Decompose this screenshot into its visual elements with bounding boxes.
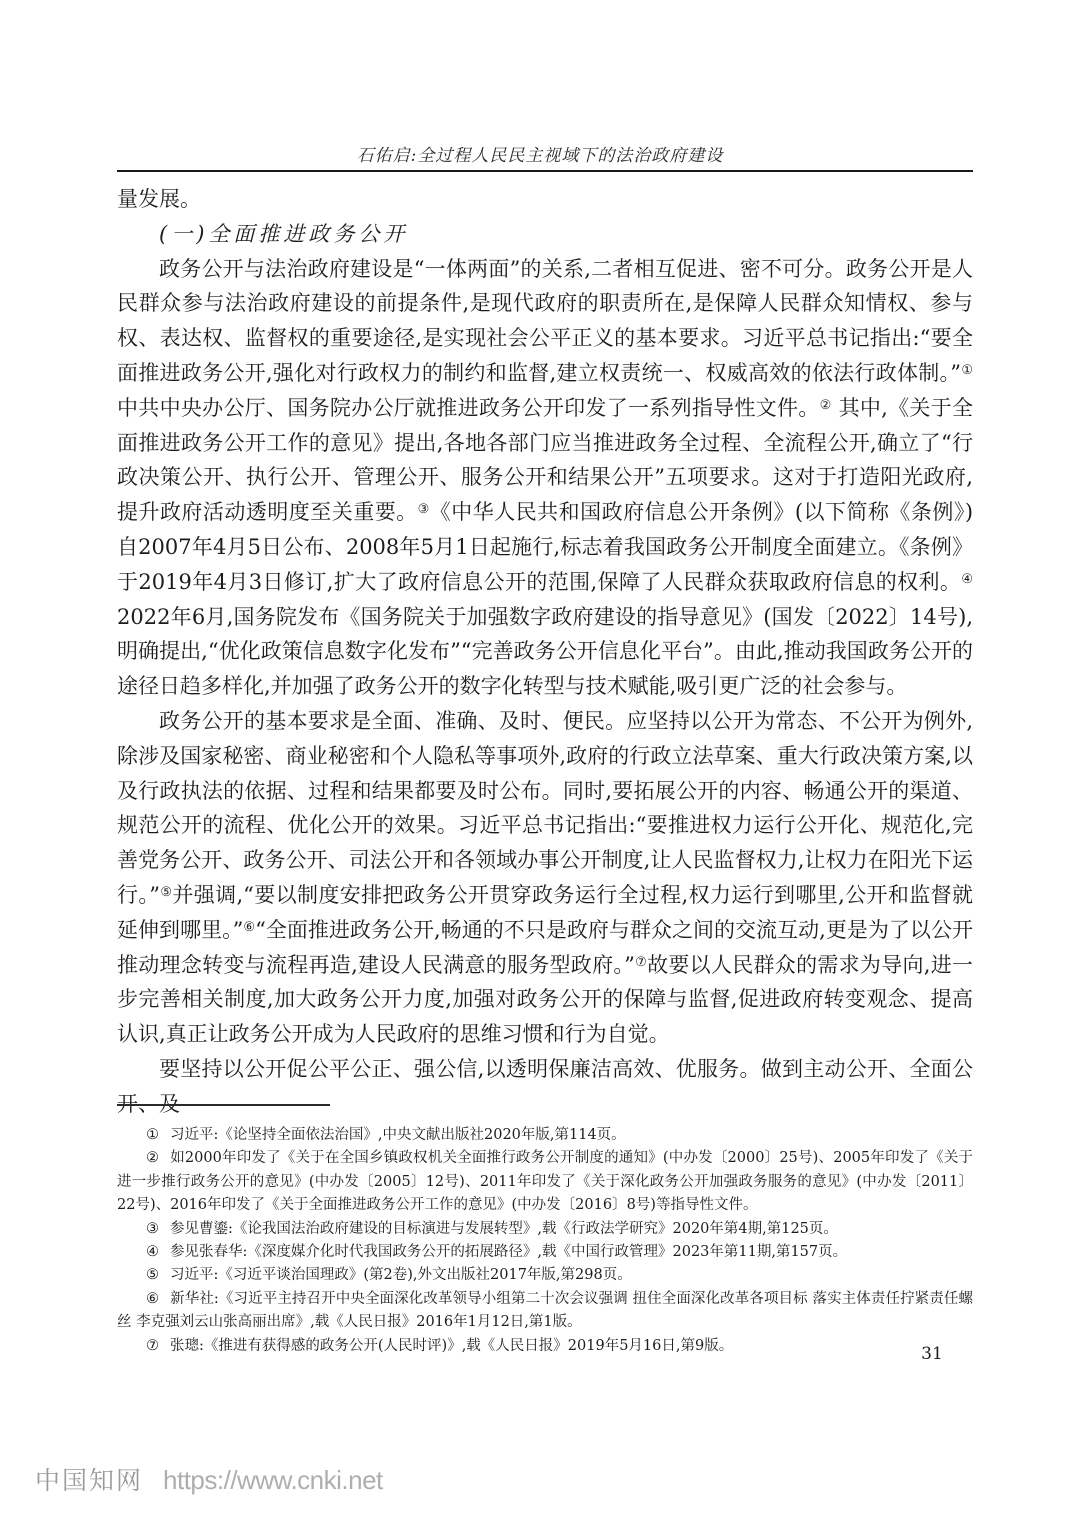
- cnki-watermark: 中国知网 https://www.cnki.net: [35, 1461, 383, 1497]
- paragraph-3: 要坚持以公开促公平公正、强公信,以透明保廉洁高效、优服务。做到主动公开、全面公开…: [117, 1052, 973, 1122]
- paper-page: 石佑启:全过程人民民主视域下的法治政府建设 量发展。 (一)全面推进政务公开 政…: [0, 0, 1080, 1527]
- footnote-text: 参见曹鎏:《论我国法治政府建设的目标演进与发展转型》,载《行政法学研究》2020…: [170, 1221, 838, 1237]
- footnote-1: ①习近平:《论坚持全面依法治国》,中央文献出版社2020年版,第114页。: [117, 1124, 973, 1147]
- footnote-7: ⑦张璁:《推进有获得感的政务公开(人民时评)》,载《人民日报》2019年5月16…: [117, 1335, 973, 1358]
- continuation-line: 量发展。: [117, 182, 973, 217]
- footnote-text: 如2000年印发了《关于在全国乡镇政权机关全面推行政务公开制度的通知》(中办发〔…: [117, 1150, 973, 1213]
- footnote-marker: ⑥: [146, 1291, 159, 1307]
- footnote-marker: ②: [146, 1150, 159, 1166]
- page-number: 31: [902, 1344, 962, 1364]
- paragraph-1: 政务公开与法治政府建设是“一体两面”的关系,二者相互促进、密不可分。政务公开是人…: [117, 252, 973, 704]
- footnote-3: ③参见曹鎏:《论我国法治政府建设的目标演进与发展转型》,载《行政法学研究》202…: [117, 1218, 973, 1241]
- running-header: 石佑启:全过程人民民主视域下的法治政府建设: [0, 141, 1080, 166]
- footnote-text: 新华社:《习近平主持召开中央全面深化改革领导小组第二十次会议强调 扭住全面深化改…: [117, 1291, 973, 1330]
- footnote-separator: [117, 1104, 330, 1106]
- footnote-6: ⑥新华社:《习近平主持召开中央全面深化改革领导小组第二十次会议强调 扭住全面深化…: [117, 1288, 973, 1335]
- footnote-5: ⑤习近平:《习近平谈治国理政》(第2卷),外文出版社2017年版,第298页。: [117, 1264, 973, 1287]
- footnote-marker: ⑤: [146, 1267, 159, 1283]
- footnotes: ①习近平:《论坚持全面依法治国》,中央文献出版社2020年版,第114页。 ②如…: [117, 1124, 973, 1358]
- footnote-text: 习近平:《论坚持全面依法治国》,中央文献出版社2020年版,第114页。: [170, 1127, 626, 1143]
- cnki-logo-text: 中国知网: [35, 1461, 143, 1497]
- article-body: 量发展。 (一)全面推进政务公开 政务公开与法治政府建设是“一体两面”的关系,二…: [117, 182, 973, 1122]
- footnote-text: 习近平:《习近平谈治国理政》(第2卷),外文出版社2017年版,第298页。: [170, 1267, 632, 1283]
- footnote-marker: ⑦: [146, 1338, 159, 1354]
- footnote-2: ②如2000年印发了《关于在全国乡镇政权机关全面推行政务公开制度的通知》(中办发…: [117, 1147, 973, 1217]
- header-rule: [117, 170, 973, 172]
- paragraph-2: 政务公开的基本要求是全面、准确、及时、便民。应坚持以公开为常态、不公开为例外,除…: [117, 704, 973, 1052]
- footnote-marker: ④: [146, 1244, 159, 1260]
- section-heading: (一)全面推进政务公开: [117, 217, 973, 252]
- footnote-marker: ①: [146, 1127, 159, 1143]
- footnote-4: ④参见张春华:《深度媒介化时代我国政务公开的拓展路径》,载《中国行政管理》202…: [117, 1241, 973, 1264]
- footnote-marker: ③: [146, 1221, 159, 1237]
- footnote-text: 参见张春华:《深度媒介化时代我国政务公开的拓展路径》,载《中国行政管理》2023…: [170, 1244, 847, 1260]
- footnote-text: 张璁:《推进有获得感的政务公开(人民时评)》,载《人民日报》2019年5月16日…: [170, 1338, 733, 1354]
- cnki-url: https://www.cnki.net: [163, 1465, 383, 1496]
